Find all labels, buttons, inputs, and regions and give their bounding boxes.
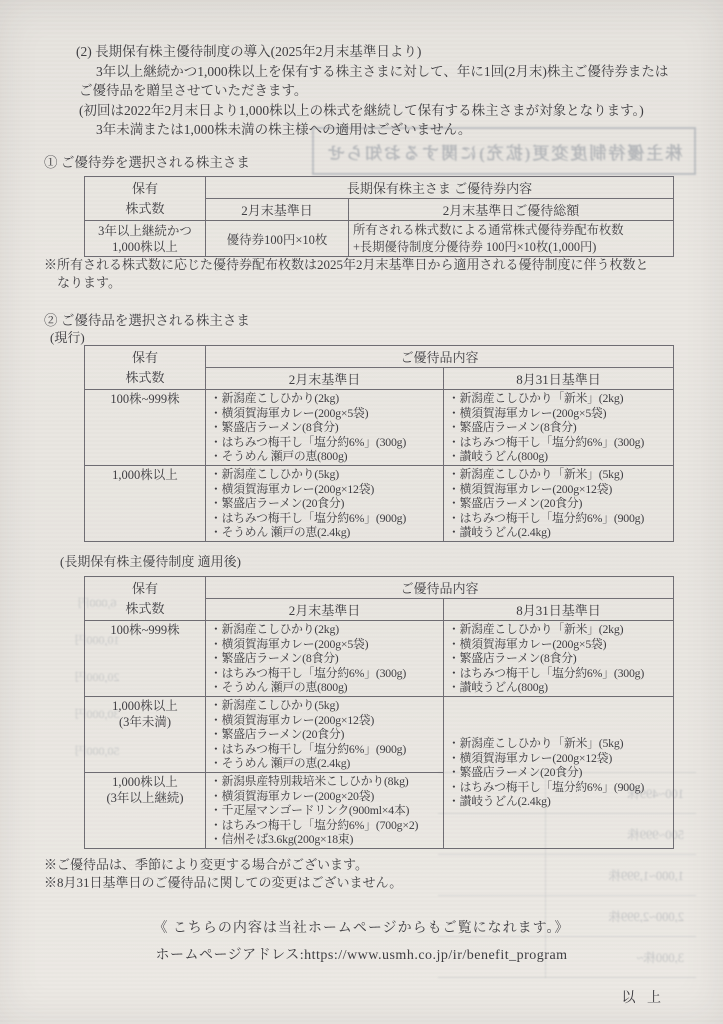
goods-table-after: 保有 株式数 ご優待品内容 2月末基準日 8月31日基準日 100株~999株 …: [84, 576, 674, 849]
note-line: ※所有される株式数に応じた優待券配布枚数は2025年2月末基準日から適用される優…: [44, 256, 649, 274]
list-item: ・横須賀海軍カレー(200g×5袋): [210, 406, 439, 421]
list-item: ・はちみつ梅干し「塩分約6%」(300g): [448, 666, 669, 681]
list-item: ・繁盛店ラーメン(20食分): [210, 496, 439, 511]
condition-line: 1,000株以上: [89, 239, 201, 255]
list-item: ・繁盛店ラーメン(8食分): [210, 420, 439, 435]
list-item: ・新潟産こしひかり(2kg): [210, 391, 439, 406]
condition-line: 3年以上継続かつ: [89, 223, 201, 239]
coupon-table: 保有 株式数 長期保有株主さま ご優待券内容 2月末基準日 2月末基準日ご優待総…: [84, 176, 674, 257]
goods-notes: ※ご優待品は、季節により変更する場合がございます。 ※8月31日基準日のご優待品…: [44, 856, 402, 891]
total-line: 所有される株式数による通常株式優待券配布枚数: [353, 222, 669, 239]
feb-items-cell: ・新潟産こしひかり(5kg)・横須賀海軍カレー(200g×12袋)・繁盛店ラーメ…: [206, 696, 444, 772]
list-item: ・讃岐うどん(800g): [448, 449, 669, 464]
holding-cell: 1,000株以上 (3年以上継続): [85, 772, 206, 848]
aug-items-cell: ・新潟産こしひかり「新米」(2kg)・横須賀海軍カレー(200g×5袋)・繁盛店…: [444, 390, 674, 466]
homepage-url: https://www.usmh.co.jp/ir/benefit_progra…: [304, 948, 567, 963]
feb-header: 2月末基準日: [206, 199, 349, 221]
holding-header-cell: 保有 株式数: [85, 177, 206, 221]
list-item: ・繁盛店ラーメン(8食分): [210, 651, 439, 666]
holding-header-line: 株式数: [89, 599, 201, 619]
list-item: ・はちみつ梅干し「塩分約6%」(900g): [210, 742, 439, 757]
feb-header: 2月末基準日: [206, 599, 444, 621]
goods-content-header: ご優待品内容: [206, 346, 674, 368]
section1-title: ① ご優待券を選択される株主さま: [44, 151, 250, 171]
feb-header: 2月末基準日: [206, 368, 444, 390]
aug-items-cell-merged: ・新潟産こしひかり「新米」(5kg)・横須賀海軍カレー(200g×12袋)・繁盛…: [444, 696, 674, 848]
list-item: ・繁盛店ラーメン(20食分): [448, 496, 669, 511]
goods-table-current: 保有 株式数 ご優待品内容 2月末基準日 8月31日基準日 100株~999株 …: [84, 345, 674, 542]
list-item: ・横須賀海軍カレー(200g×5袋): [448, 406, 669, 421]
list-item: ・繁盛店ラーメン(8食分): [448, 420, 669, 435]
list-item: ・そうめん 瀬戸の恵(2.4kg): [210, 525, 439, 540]
holding-line: 1,000株以上: [89, 774, 201, 790]
holding-header-cell: 保有 株式数: [85, 577, 206, 621]
list-item: ・繁盛店ラーメン(20食分): [210, 727, 439, 742]
goods-content-header: ご優待品内容: [206, 577, 674, 599]
holding-cell: 1,000株以上 (3年未満): [85, 696, 206, 772]
list-item: ・はちみつ梅干し「塩分約6%」(300g): [210, 666, 439, 681]
list-item: ・はちみつ梅干し「塩分約6%」(900g): [448, 780, 669, 795]
list-item: ・そうめん 瀬戸の恵(2.4kg): [210, 756, 439, 771]
list-item: ・讃岐うどん(2.4kg): [448, 525, 669, 540]
holding-line: (3年以上継続): [89, 790, 201, 806]
list-item: ・讃岐うどん(800g): [448, 680, 669, 695]
coupon-table-main-header: 長期保有株主さま ご優待券内容: [206, 177, 674, 199]
holding-line: (3年未満): [89, 714, 201, 730]
list-item: ・横須賀海軍カレー(200g×12袋): [448, 751, 669, 766]
list-item: ・はちみつ梅干し「塩分約6%」(300g): [210, 435, 439, 450]
scanned-document-page: 株主優待制度変更(拡充)に関するお知らせ 6,000円10,000円20,000…: [0, 0, 723, 1024]
closing-mark: 以 上: [622, 987, 666, 1007]
total-line: +長期優待制度分優待券 100円×10枚(1,000円): [353, 239, 669, 256]
list-item: ・はちみつ梅干し「塩分約6%」(900g): [448, 511, 669, 526]
note-line: ※ご優待品は、季節により変更する場合がございます。: [44, 856, 402, 874]
coupon-note: ※所有される株式数に応じた優待券配布枚数は2025年2月末基準日から適用される優…: [44, 256, 649, 291]
list-item: ・新潟産こしひかり(5kg): [210, 698, 439, 713]
list-item: ・新潟産こしひかり(2kg): [210, 622, 439, 637]
list-item: ・讃岐うどん(2.4kg): [448, 794, 669, 809]
aug-items-cell: ・新潟産こしひかり「新米」(5kg)・横須賀海軍カレー(200g×12袋)・繁盛…: [444, 465, 674, 541]
holding-header-line: 保有: [89, 348, 201, 368]
total-cell: 所有される株式数による通常株式優待券配布枚数 +長期優待制度分優待券 100円×…: [349, 221, 674, 257]
list-item: ・新潟産こしひかり「新米」(5kg): [448, 736, 669, 751]
holding-header-cell: 保有 株式数: [85, 346, 206, 390]
intro-line: ご優待品を贈呈させていただきます。: [79, 81, 723, 101]
list-item: ・そうめん 瀬戸の恵(800g): [210, 449, 439, 464]
holding-cell: 100株~999株: [85, 390, 206, 466]
intro-paragraph: (2) 長期保有株主優待制度の導入(2025年2月末基準日より) 3年以上継続か…: [0, 42, 723, 140]
list-item: ・繁盛店ラーメン(20食分): [448, 765, 669, 780]
holding-header-line: 保有: [89, 579, 201, 599]
list-item: 1,000~1,999株: [438, 855, 696, 896]
list-item: ・横須賀海軍カレー(200g×12袋): [210, 482, 439, 497]
section2-title: ② ご優待品を選択される株主さま: [44, 309, 250, 329]
feb-items-cell: ・新潟産こしひかり(2kg)・横須賀海軍カレー(200g×5袋)・繁盛店ラーメン…: [206, 390, 444, 466]
list-item: ・繁盛店ラーメン(8食分): [448, 651, 669, 666]
holding-header-line: 保有: [89, 179, 201, 199]
holding-header-line: 株式数: [89, 199, 201, 219]
holding-header-line: 株式数: [89, 368, 201, 388]
note-line: ※8月31日基準日のご優待品に関しての変更はございません。: [44, 874, 402, 892]
holding-line: 1,000株以上: [89, 698, 201, 714]
list-item: ・新潟産こしひかり「新米」(2kg): [448, 622, 669, 637]
intro-line: 3年未満または1,000株未満の株主様への適用はございません。: [96, 120, 723, 140]
aug-items-cell: ・新潟産こしひかり「新米」(2kg)・横須賀海軍カレー(200g×5袋)・繁盛店…: [444, 621, 674, 697]
holding-cell: 1,000株以上: [85, 465, 206, 541]
feb-items-cell: ・新潟産こしひかり(2kg)・横須賀海軍カレー(200g×5袋)・繁盛店ラーメン…: [206, 621, 444, 697]
aug-header: 8月31日基準日: [444, 599, 674, 621]
holding-cell: 100株~999株: [85, 621, 206, 697]
list-item: ・はちみつ梅干し「塩分約6%」(900g): [210, 511, 439, 526]
feb-items-cell-highlighted: ・新潟産こしひかり(5kg)・横須賀海軍カレー(200g×12袋)・繁盛店ラーメ…: [206, 465, 444, 541]
list-item: ・千疋屋マンゴードリンク(900ml×4本): [210, 803, 439, 818]
list-item: ・横須賀海軍カレー(200g×12袋): [448, 482, 669, 497]
homepage-address-line: ホームページアドレス:https://www.usmh.co.jp/ir/ben…: [0, 944, 723, 964]
list-item: ・信州そば3.6kg(200g×18束): [210, 832, 439, 847]
list-item: ・新潟産こしひかり(5kg): [210, 467, 439, 482]
after-table-caption: (長期保有株主優待制度 適用後): [60, 551, 241, 570]
condition-cell: 3年以上継続かつ 1,000株以上: [85, 221, 206, 257]
note-line: なります。: [57, 274, 649, 292]
homepage-note: 《 こちらの内容は当社ホームページからもご覧になれます。》: [0, 917, 723, 937]
list-item: ・横須賀海軍カレー(200g×12袋): [210, 713, 439, 728]
list-item: ・新潟産こしひかり「新米」(2kg): [448, 391, 669, 406]
list-item: ・新潟産こしひかり「新米」(5kg): [448, 467, 669, 482]
list-item: ・横須賀海軍カレー(200g×5袋): [210, 637, 439, 652]
homepage-address-label: ホームページアドレス:: [155, 948, 304, 963]
list-item: ・新潟県産特別栽培米こしひかり(8kg): [210, 774, 439, 789]
list-item: ・はちみつ梅干し「塩分約6%」(300g): [448, 435, 669, 450]
intro-line: 3年以上継続かつ1,000株以上を保有する株主さまに対して、年に1回(2月末)株…: [96, 62, 723, 82]
intro-line: (初回は2022年2月末日より1,000株以上の株式を継続して保有する株主さまが…: [79, 101, 723, 121]
list-item: ・そうめん 瀬戸の恵(800g): [210, 680, 439, 695]
intro-line: (2) 長期保有株主優待制度の導入(2025年2月末基準日より): [76, 42, 723, 62]
list-item: ・はちみつ梅干し「塩分約6%」(700g×2): [210, 818, 439, 833]
section2-subtitle: (現行): [50, 327, 85, 346]
list-item: ・横須賀海軍カレー(200g×20袋): [210, 789, 439, 804]
aug-header: 8月31日基準日: [444, 368, 674, 390]
feb-items-cell-highlighted: ・新潟県産特別栽培米こしひかり(8kg)・横須賀海軍カレー(200g×20袋)・…: [206, 772, 444, 848]
list-item: ・横須賀海軍カレー(200g×5袋): [448, 637, 669, 652]
total-header: 2月末基準日ご優待総額: [349, 199, 674, 221]
coupon-cell: 優待券100円×10枚: [206, 221, 349, 257]
